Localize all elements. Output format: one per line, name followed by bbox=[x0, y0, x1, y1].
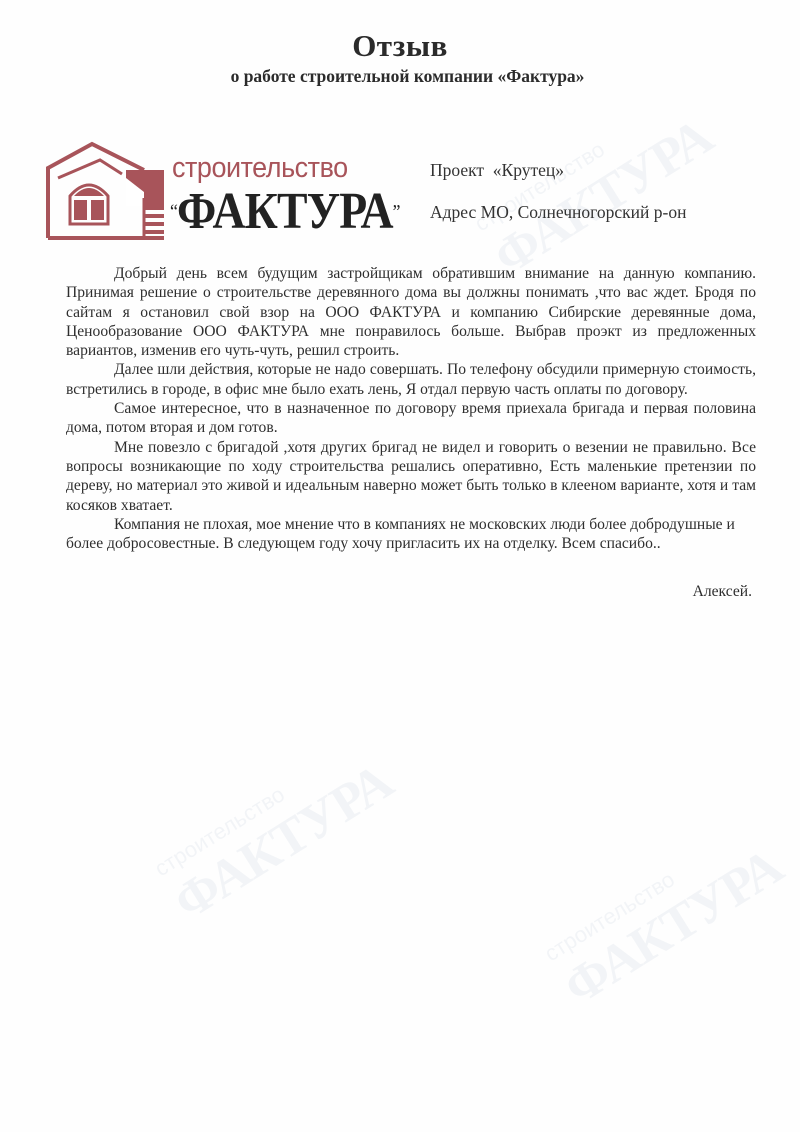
watermark-main-text: ФАКТУРА bbox=[164, 752, 403, 932]
review-paragraph: Мне повезло с бригадой ,хотя других бриг… bbox=[66, 438, 756, 515]
address-line: Адрес МО, Солнечногорский р-он bbox=[430, 202, 686, 223]
review-body: Добрый день всем будущим застройщикам об… bbox=[66, 264, 756, 553]
watermark: строительство ФАКТУРА bbox=[150, 730, 403, 932]
logo-brand-name: ФАКТУРА bbox=[177, 183, 393, 240]
house-icon bbox=[44, 138, 174, 243]
review-paragraph: Самое интересное, что в назначенное по д… bbox=[66, 399, 756, 438]
logo-top-text: строительство bbox=[172, 152, 348, 185]
review-paragraph: Компания не плохая, мое мнение что в ком… bbox=[66, 515, 756, 554]
logo-quote-open: “ bbox=[170, 201, 177, 223]
review-paragraph: Далее шли действия, которые не надо сове… bbox=[66, 360, 756, 399]
watermark-top-text: строительство bbox=[150, 730, 372, 882]
document-page: строительство ФАКТУРА строительство ФАКТ… bbox=[0, 0, 800, 1132]
watermark-main-text: ФАКТУРА bbox=[484, 107, 723, 287]
watermark-main-text: ФАКТУРА bbox=[554, 837, 793, 1017]
watermark: строительство ФАКТУРА bbox=[470, 85, 723, 287]
logo-main-text: “ФАКТУРА” bbox=[170, 186, 400, 238]
project-line: Проект «Крутец» bbox=[430, 160, 564, 181]
review-paragraph: Добрый день всем будущим застройщикам об… bbox=[66, 264, 756, 360]
document-subtitle: о работе строительной компании «Фактура» bbox=[0, 66, 800, 87]
document-title: Отзыв bbox=[0, 28, 800, 64]
signature: Алексей. bbox=[693, 583, 752, 601]
watermark-top-text: строительство bbox=[540, 815, 762, 967]
watermark: строительство ФАКТУРА bbox=[540, 815, 793, 1017]
company-logo: строительство “ФАКТУРА” bbox=[44, 138, 374, 243]
logo-quote-close: ” bbox=[393, 201, 400, 223]
